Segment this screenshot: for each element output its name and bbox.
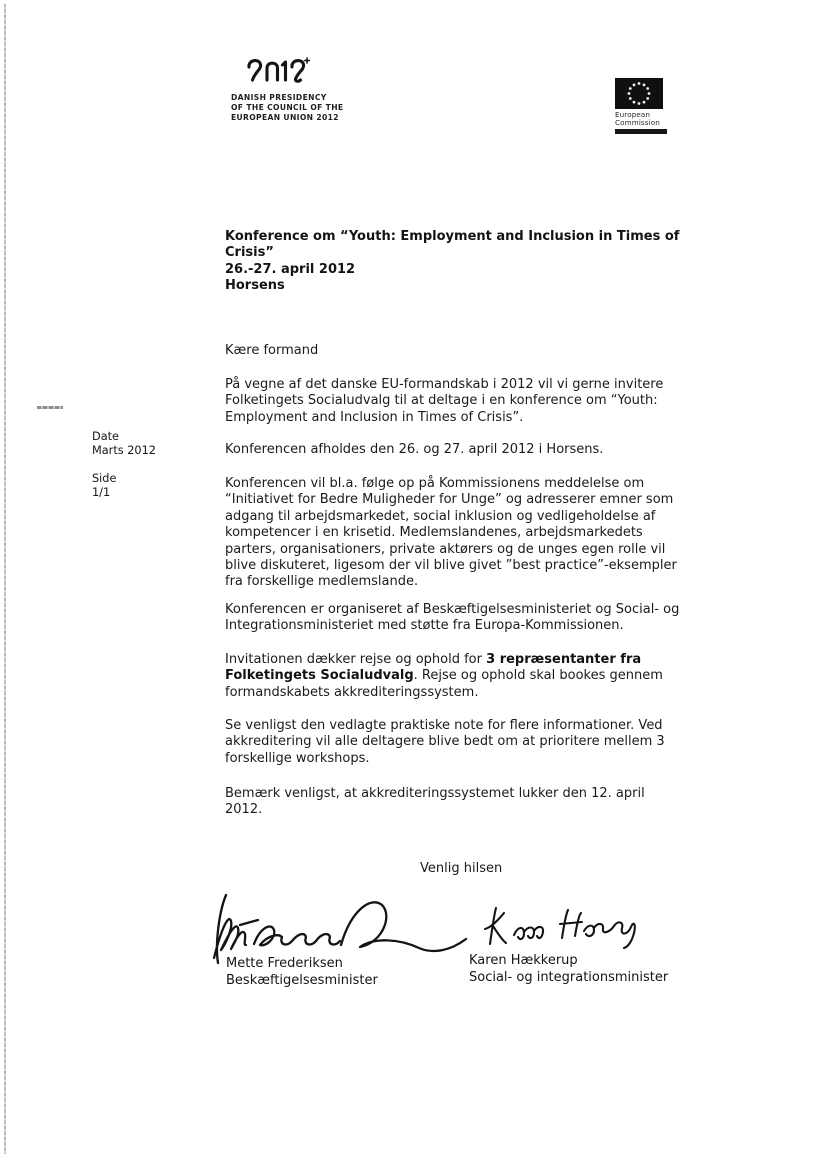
- salutation: Kære formand: [225, 343, 318, 359]
- signatory-title-karen: Social- og integrationsminister: [469, 970, 668, 987]
- paragraph-topics: Konferencen vil bl.a. følge op på Kommis…: [225, 476, 677, 591]
- paragraph-organisers: Konferencen er organiseret af Beskæftige…: [225, 602, 679, 635]
- coverage-bold-1: 3 repræsentanter fra: [486, 652, 641, 667]
- date-value: Marts 2012: [92, 444, 156, 458]
- presidency-logo-text: DANISH PRESIDENCYOF THE COUNCIL OF THEEU…: [231, 93, 343, 123]
- paragraph-dates: Konferencen afholdes den 26. og 27. apri…: [225, 442, 603, 458]
- paragraph-practical-note: Se venligst den vedlagte praktiske note …: [225, 718, 665, 767]
- coverage-text-3: formandskabets akkrediteringssystem.: [225, 685, 478, 700]
- ec-logo-bar: [615, 129, 667, 134]
- eu-flag-icon: [615, 78, 663, 109]
- signatory-name-mette: Mette Frederiksen: [226, 956, 343, 973]
- fold-mark: [37, 406, 63, 409]
- side-label: Side: [92, 472, 116, 486]
- paragraph-deadline: Bemærk venligst, at akkrediteringssystem…: [225, 786, 645, 819]
- closing-salute: Venlig hilsen: [420, 861, 502, 876]
- ec-logo-label: EuropeanCommission: [615, 111, 669, 127]
- coverage-bold-2: Folketingets Socialudvalg: [225, 668, 414, 683]
- presidency-2012-logo-icon: [246, 57, 310, 91]
- scan-edge-artifact: [4, 4, 6, 1154]
- letter-title: Konference om “Youth: Employment and Inc…: [225, 229, 679, 295]
- paragraph-invitation: På vegne af det danske EU-formandskab i …: [225, 377, 663, 426]
- signatory-name-karen: Karen Hækkerup: [469, 953, 578, 970]
- date-label: Date: [92, 430, 119, 444]
- coverage-text-2: . Rejse og ophold skal bookes gennem: [414, 668, 663, 683]
- signature-mette-frederiksen-icon: [210, 892, 472, 964]
- paragraph-coverage: Invitationen dækker rejse og ophold for …: [225, 652, 663, 701]
- signature-karen-haekkerup-icon: [478, 903, 650, 951]
- coverage-text-1: Invitationen dækker rejse og ophold for: [225, 652, 486, 667]
- side-value: 1/1: [92, 486, 110, 500]
- scanned-letter-page: DANISH PRESIDENCYOF THE COUNCIL OF THEEU…: [0, 0, 825, 1168]
- signatory-title-mette: Beskæftigelsesminister: [226, 973, 378, 990]
- european-commission-logo: EuropeanCommission: [615, 78, 669, 134]
